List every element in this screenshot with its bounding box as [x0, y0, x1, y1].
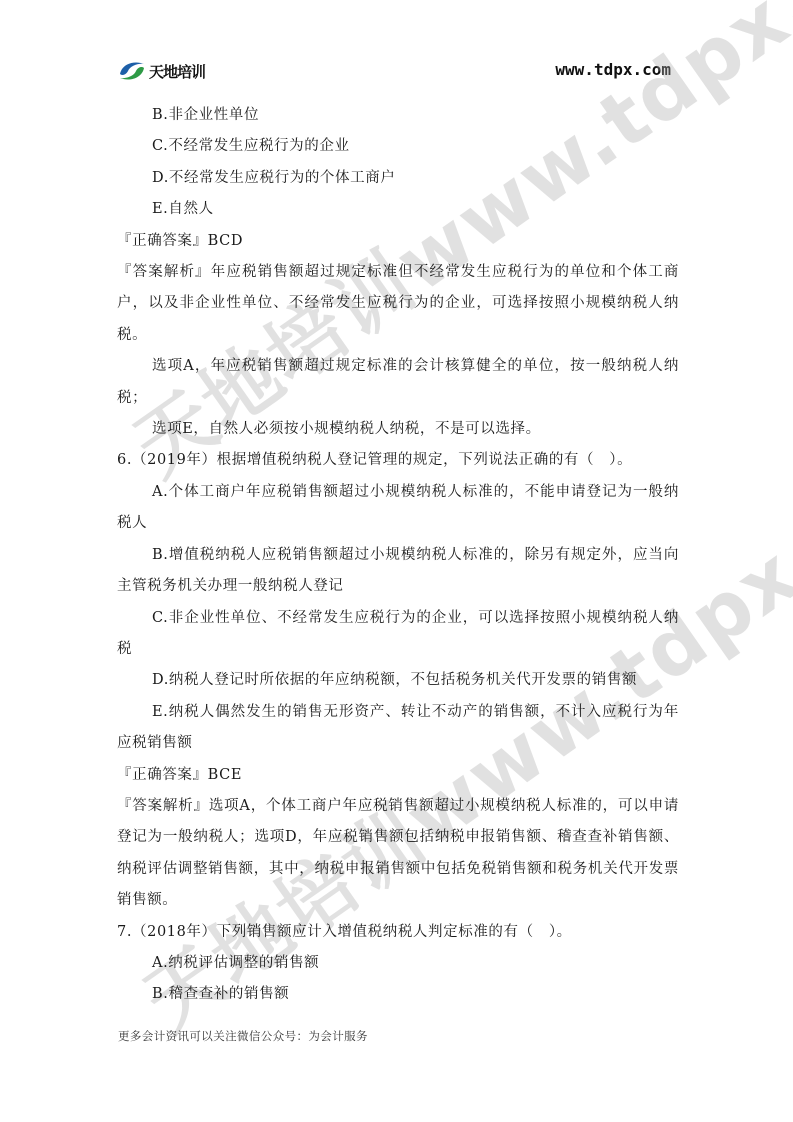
- option-a: A.纳税评估调整的销售额: [117, 948, 679, 979]
- answer-analysis: 『答案解析』选项A，个体工商户年应税销售额超过小规模纳税人标准的，可以申请登记为…: [117, 791, 679, 917]
- question-stem: 7.（2018年）下列销售额应计入增值税纳税人判定标准的有（ ）。: [117, 917, 679, 948]
- option-a: A.个体工商户年应税销售额超过小规模纳税人标准的，不能申请登记为一般纳税人: [117, 477, 679, 540]
- analysis-note-a: 选项A，年应税销售额超过规定标准的会计核算健全的单位，按一般纳税人纳税；: [117, 351, 679, 414]
- question-stem: 6.（2019年）根据增值税纳税人登记管理的规定，下列说法正确的有（ ）。: [117, 445, 679, 476]
- page-footer: 更多会计资讯可以关注微信公众号：为会计服务: [118, 1028, 368, 1044]
- option-d: D.纳税人登记时所依据的年应纳税额，不包括税务机关代开发票的销售额: [117, 665, 679, 696]
- correct-answer: 『正确答案』BCD: [117, 226, 679, 257]
- page-header: 天地培训 www.tdpx.com: [0, 0, 793, 95]
- document-body: B.非企业性单位 C.不经常发生应税行为的企业 D.不经常发生应税行为的个体工商…: [117, 100, 679, 1011]
- option-b: B.非企业性单位: [117, 100, 679, 131]
- correct-answer: 『正确答案』BCE: [117, 760, 679, 791]
- option-c: C.非企业性单位、不经常发生应税行为的企业，可以选择按照小规模纳税人纳税: [117, 603, 679, 666]
- option-e: E.纳税人偶然发生的销售无形资产、转让不动产的销售额，不计入应税行为年应税销售额: [117, 697, 679, 760]
- swirl-logo-icon: [118, 60, 146, 82]
- option-b: B.稽查查补的销售额: [117, 979, 679, 1010]
- answer-analysis: 『答案解析』年应税销售额超过规定标准但不经常发生应税行为的单位和个体工商户，以及…: [117, 257, 679, 351]
- brand-name: 天地培训: [149, 61, 205, 82]
- option-b: B.增值税纳税人应税销售额超过小规模纳税人标准的，除另有规定外，应当向主管税务机…: [117, 540, 679, 603]
- analysis-note-e: 选项E，自然人必须按小规模纳税人纳税，不是可以选择。: [117, 414, 679, 445]
- brand-logo: 天地培训: [118, 60, 205, 82]
- option-e: E.自然人: [117, 194, 679, 225]
- option-c: C.不经常发生应税行为的企业: [117, 131, 679, 162]
- option-d: D.不经常发生应税行为的个体工商户: [117, 163, 679, 194]
- site-url: www.tdpx.com: [555, 60, 671, 79]
